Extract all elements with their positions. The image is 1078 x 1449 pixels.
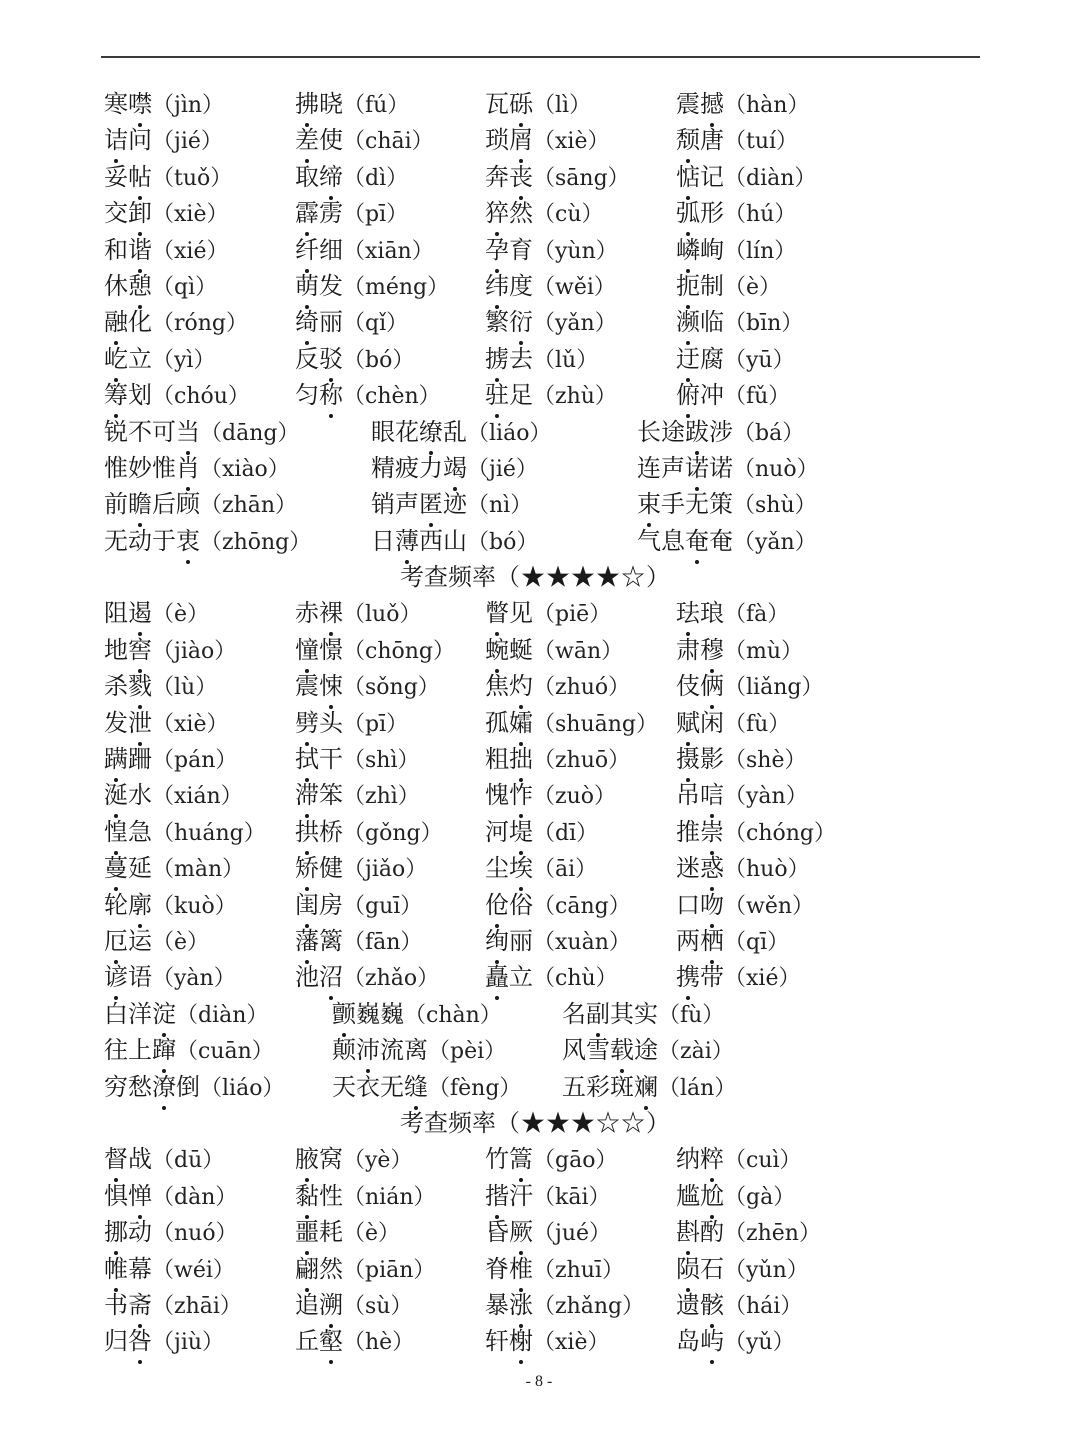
vocab-entry: 轮廓（kuò）: [104, 887, 237, 925]
vocab-word: 遗骸: [676, 1287, 724, 1323]
vocab-word: 名副其实: [562, 996, 658, 1032]
vocab-entry: 绮丽（qǐ）: [295, 304, 408, 342]
frequency-label: 考查频率: [400, 1109, 496, 1137]
vocab-entry: 眼花缭乱（liáo）: [371, 414, 551, 452]
vocab-row: 无动于衷（zhōng）日薄西山（bó）气息奄奄（yǎn）: [104, 523, 984, 559]
vocab-entry: 往上蹿（cuān）: [104, 1032, 274, 1070]
vocab-entry: 惟妙惟肖（xiào）: [104, 450, 290, 488]
vocab-entry: 粗拙（zhuō）: [485, 741, 630, 779]
vocab-entry: 霹雳（pī）: [295, 195, 408, 233]
vocab-word: 粗拙: [485, 741, 533, 777]
vocab-word: 萌发: [295, 268, 343, 304]
vocab-word: 屹立: [104, 341, 152, 377]
vocab-word: 驻足: [485, 377, 533, 413]
vocab-entry: 蔓延（màn）: [104, 850, 244, 888]
pinyin: （chù）: [533, 966, 618, 991]
pinyin: （wěn）: [724, 894, 814, 919]
vocab-entry: 赋闲（fù）: [676, 705, 790, 743]
pinyin: （xiào）: [200, 457, 290, 482]
vocab-entry: 赤裸（luǒ）: [295, 595, 421, 633]
vocab-row: 帷幕（wéi）翩然（piān）脊椎（zhuī）陨石（yǔn）: [104, 1251, 984, 1287]
vocab-entry: 口吻（wěn）: [676, 887, 814, 925]
vocab-entry: 绚丽（xuàn）: [485, 923, 631, 961]
vocab-word: 濒临: [676, 304, 724, 340]
vocab-entry: 风雪载途（zài）: [562, 1032, 734, 1070]
vocab-entry: 丘壑（hè）: [295, 1323, 414, 1361]
vocab-entry: 阻遏（è）: [104, 595, 209, 633]
pinyin: （zhuó）: [533, 675, 630, 700]
vocab-entry: 取缔（dì）: [295, 159, 408, 197]
vocab-entry: 竹篙（gāo）: [485, 1141, 617, 1179]
pinyin: （nuò）: [733, 457, 819, 482]
pinyin: （yǎn）: [733, 530, 817, 555]
vocab-row: 诘问（jié）差使（chāi）琐屑（xiè）颓唐（tuí）: [104, 122, 984, 158]
pinyin: （pī）: [343, 712, 408, 737]
pinyin: （dū）: [152, 1148, 224, 1173]
vocab-entry: 孕育（yùn）: [485, 232, 618, 270]
frequency-label: 考查频率: [400, 563, 496, 591]
pinyin: （tuǒ）: [152, 166, 232, 191]
vocab-word: 归咎: [104, 1323, 152, 1359]
vocab-entry: 扼制（è）: [676, 268, 781, 306]
vocab-entry: 差使（chāi）: [295, 122, 434, 160]
vocab-entry: 厄运（è）: [104, 923, 209, 961]
vocab-entry: 发泄（xiè）: [104, 705, 228, 743]
pinyin: （liǎng）: [724, 675, 823, 700]
pinyin: （lán）: [658, 1076, 736, 1101]
vocab-entry: 翩然（piān）: [295, 1251, 435, 1289]
vocab-entry: 黏性（nián）: [295, 1178, 436, 1216]
vocab-entry: 尘埃（āi）: [485, 850, 597, 888]
vocab-word: 伎俩: [676, 668, 724, 704]
vocab-word: 池沼: [295, 959, 343, 995]
vocab-word: 俯冲: [676, 377, 724, 413]
vocab-entry: 劈头（pī）: [295, 705, 408, 743]
vocab-row: 督战（dū）腋窝（yè）竹篙（gāo）纳粹（cuì）: [104, 1141, 984, 1177]
pinyin: （è）: [152, 602, 209, 627]
vocab-entry: 屹立（yì）: [104, 341, 215, 379]
vocab-word: 颤巍巍: [332, 996, 404, 1032]
vocab-entry: 气息奄奄（yǎn）: [637, 523, 817, 561]
pinyin: （xiè）: [152, 712, 228, 737]
pinyin: （méng）: [343, 275, 449, 300]
vocab-word: 推崇: [676, 814, 724, 850]
vocab-word: 书斋: [104, 1287, 152, 1323]
vocab-word: 督战: [104, 1141, 152, 1177]
vocab-entry: 五彩斑斓（lán）: [562, 1069, 736, 1107]
pinyin: （qì）: [152, 275, 217, 300]
vocab-word: 寒噤: [104, 86, 152, 122]
vocab-word: 昏厥: [485, 1214, 533, 1250]
vocab-entry: 督战（dū）: [104, 1141, 224, 1179]
vocab-entry: 拂晓（fú）: [295, 86, 409, 124]
vocab-entry: 暴涨（zhǎng）: [485, 1287, 644, 1325]
vocab-word: 气息奄奄: [637, 523, 733, 559]
pinyin: （pèi）: [428, 1039, 506, 1064]
vocab-entry: 迂腐（yū）: [676, 341, 795, 379]
pinyin: （cuān）: [176, 1039, 274, 1064]
vocab-entry: 锐不可当（dāng）: [104, 414, 299, 452]
vocab-entry: 震悚（sǒng）: [295, 668, 440, 706]
vocab-word: 和谐: [104, 232, 152, 268]
pinyin: （yǔ）: [724, 1330, 795, 1355]
vocab-word: 伧俗: [485, 887, 533, 923]
vocab-word: 吊唁: [676, 777, 724, 813]
pinyin: （lì）: [533, 93, 591, 118]
vocab-entry: 惧惮（dàn）: [104, 1178, 237, 1216]
vocab-entry: 瞥见（piē）: [485, 595, 611, 633]
vocab-entry: 伧俗（cāng）: [485, 887, 631, 925]
vocab-entry: 白洋淀（diàn）: [104, 996, 268, 1034]
pinyin: （chāi）: [343, 129, 434, 154]
pinyin: （guī）: [343, 894, 422, 919]
vocab-word: 厄运: [104, 923, 152, 959]
vocab-row: 穷愁潦倒（liáo）天衣无缝（fèng）五彩斑斓（lán）: [104, 1069, 984, 1105]
pinyin: （zhuō）: [533, 748, 630, 773]
vocab-list: 寒噤（jìn）拂晓（fú）瓦砾（lì）震撼（hàn）诘问（jié）差使（chāi…: [104, 86, 984, 1360]
vocab-word: 拂晓: [295, 86, 343, 122]
vocab-word: 尴尬: [676, 1178, 724, 1214]
pinyin: （jué）: [533, 1221, 611, 1246]
vocab-entry: 摄影（shè）: [676, 741, 806, 779]
vocab-entry: 掳去（lǔ）: [485, 341, 598, 379]
vocab-word: 河堤: [485, 814, 533, 850]
vocab-row: 休憩（qì）萌发（méng）纬度（wěi）扼制（è）: [104, 268, 984, 304]
vocab-row: 白洋淀（diàn）颤巍巍（chàn）名副其实（fù）: [104, 996, 984, 1032]
vocab-word: 惟妙惟肖: [104, 450, 200, 486]
vocab-word: 帷幕: [104, 1251, 152, 1287]
vocab-entry: 纳粹（cuì）: [676, 1141, 802, 1179]
vocab-word: 陨石: [676, 1251, 724, 1287]
vocab-word: 繁衍: [485, 304, 533, 340]
vocab-row: 惧惮（dàn）黏性（nián）揩汗（kāi）尴尬（gà）: [104, 1178, 984, 1214]
vocab-word: 绮丽: [295, 304, 343, 340]
pinyin: （è）: [724, 275, 781, 300]
pinyin: （cuì）: [724, 1148, 802, 1173]
pinyin: （è）: [343, 1221, 400, 1246]
vocab-entry: 归咎（jiù）: [104, 1323, 224, 1361]
frequency-heading: 考查频率（★★★★☆）: [104, 559, 984, 595]
vocab-entry: 推崇（chóng）: [676, 814, 836, 852]
vocab-word: 风雪载途: [562, 1032, 658, 1068]
vocab-entry: 噩耗（è）: [295, 1214, 400, 1252]
frequency-heading: 考查频率（★★★☆☆）: [104, 1105, 984, 1141]
vocab-entry: 矗立（chù）: [485, 959, 618, 997]
pinyin: （xié）: [724, 966, 800, 991]
pinyin: （hè）: [343, 1330, 414, 1355]
vocab-word: 矫健: [295, 850, 343, 886]
vocab-word: 闺房: [295, 887, 343, 923]
vocab-entry: 长途跋涉（bá）: [637, 414, 804, 452]
pinyin: （gāo）: [533, 1148, 617, 1173]
vocab-entry: 地窖（jiào）: [104, 632, 236, 670]
vocab-entry: 颤巍巍（chàn）: [332, 996, 502, 1034]
vocab-entry: 妥帖（tuǒ）: [104, 159, 232, 197]
vocab-word: 休憩: [104, 268, 152, 304]
vocab-word: 焦灼: [485, 668, 533, 704]
pinyin: （yǎn）: [533, 311, 617, 336]
vocab-row: 融化（róng）绮丽（qǐ）繁衍（yǎn）濒临（bīn）: [104, 304, 984, 340]
vocab-entry: 伎俩（liǎng）: [676, 668, 823, 706]
vocab-word: 日薄西山: [371, 523, 467, 559]
pinyin: （luǒ）: [343, 602, 421, 627]
vocab-entry: 濒临（bīn）: [676, 304, 803, 342]
pinyin: （dāng）: [200, 421, 299, 446]
vocab-word: 筹划: [104, 377, 152, 413]
vocab-entry: 轩榭（xiè）: [485, 1323, 609, 1361]
vocab-entry: 拭干（shì）: [295, 741, 420, 779]
pinyin: （qī）: [724, 930, 789, 955]
vocab-row: 轮廓（kuò）闺房（guī）伧俗（cāng）口吻（wěn）: [104, 887, 984, 923]
vocab-entry: 束手无策（shù）: [637, 486, 817, 524]
vocab-entry: 前瞻后顾（zhān）: [104, 486, 297, 524]
vocab-entry: 杀戮（lù）: [104, 668, 217, 706]
vocab-word: 迷惑: [676, 850, 724, 886]
vocab-row: 归咎（jiù）丘壑（hè）轩榭（xiè）岛屿（yǔ）: [104, 1323, 984, 1359]
pinyin: （nuó）: [152, 1221, 238, 1246]
pinyin: （zhì）: [343, 784, 420, 809]
pinyin: （zhēn）: [724, 1221, 821, 1246]
vocab-entry: 精疲力竭（jié）: [371, 450, 538, 488]
vocab-word: 蔓延: [104, 850, 152, 886]
vocab-word: 反驳: [295, 341, 343, 377]
vocab-word: 竹篙: [485, 1141, 533, 1177]
vocab-row: 发泄（xiè）劈头（pī）孤孀（shuāng）赋闲（fù）: [104, 705, 984, 741]
vocab-word: 地窖: [104, 632, 152, 668]
pinyin: （shù）: [733, 493, 817, 518]
pinyin: （xuàn）: [533, 930, 631, 955]
vocab-entry: 迷惑（huò）: [676, 850, 810, 888]
pinyin: （fù）: [724, 712, 790, 737]
vocab-row: 惟妙惟肖（xiào）精疲力竭（jié）连声诺诺（nuò）: [104, 450, 984, 486]
vocab-row: 涎水（xián）滞笨（zhì）愧怍（zuò）吊唁（yàn）: [104, 777, 984, 813]
vocab-row: 厄运（è）藩篱（fān）绚丽（xuàn）两栖（qī）: [104, 923, 984, 959]
pinyin: （yè）: [343, 1148, 412, 1173]
vocab-entry: 寒噤（jìn）: [104, 86, 224, 124]
pinyin: （pī）: [343, 202, 408, 227]
vocab-word: 轮廓: [104, 887, 152, 923]
vocab-word: 差使: [295, 122, 343, 158]
vocab-word: 憧憬: [295, 632, 343, 668]
pinyin: （qǐ）: [343, 311, 408, 336]
vocab-word: 阻遏: [104, 595, 152, 631]
vocab-entry: 池沼（zhǎo）: [295, 959, 439, 997]
vocab-entry: 日薄西山（bó）: [371, 523, 538, 561]
vocab-word: 发泄: [104, 705, 152, 741]
vocab-entry: 震撼（hàn）: [676, 86, 809, 124]
pinyin: （liáo）: [200, 1076, 284, 1101]
vocab-row: 蹒跚（pán）拭干（shì）粗拙（zhuō）摄影（shè）: [104, 741, 984, 777]
vocab-word: 惦记: [676, 159, 724, 195]
vocab-entry: 斟酌（zhēn）: [676, 1214, 821, 1252]
vocab-word: 长途跋涉: [637, 414, 733, 450]
vocab-entry: 河堤（dī）: [485, 814, 598, 852]
vocab-word: 锐不可当: [104, 414, 200, 450]
pinyin: （shì）: [343, 748, 420, 773]
pinyin: （zhǎo）: [343, 966, 439, 991]
star-rating-icon: （★★★☆☆）: [496, 1109, 671, 1137]
vocab-entry: 融化（róng）: [104, 304, 248, 342]
pinyin: （lù）: [152, 675, 217, 700]
pinyin: （xiān）: [343, 239, 434, 264]
pinyin: （bá）: [733, 421, 804, 446]
vocab-entry: 反驳（bó）: [295, 341, 414, 379]
vocab-entry: 繁衍（yǎn）: [485, 304, 617, 342]
vocab-word: 销声匿迹: [371, 486, 467, 522]
pinyin: （zhuī）: [533, 1258, 624, 1283]
vocab-word: 斟酌: [676, 1214, 724, 1250]
star-rating-icon: （★★★★☆）: [496, 563, 671, 591]
vocab-entry: 揩汗（kāi）: [485, 1178, 610, 1216]
vocab-word: 劈头: [295, 705, 343, 741]
pinyin: （jiào）: [152, 639, 236, 664]
pinyin: （chàn）: [404, 1003, 502, 1028]
vocab-entry: 驻足（zhù）: [485, 377, 617, 415]
vocab-word: 惶急: [104, 814, 152, 850]
vocab-word: 丘壑: [295, 1323, 343, 1359]
vocab-entry: 拱桥（gǒng）: [295, 814, 443, 852]
pinyin: （piē）: [533, 602, 611, 627]
vocab-word: 轩榭: [485, 1323, 533, 1359]
pinyin: （wān）: [533, 639, 623, 664]
vocab-entry: 书斋（zhāi）: [104, 1287, 242, 1325]
vocab-word: 藩篱: [295, 923, 343, 959]
header-rule: [101, 56, 980, 58]
vocab-word: 匀称: [295, 377, 343, 413]
vocab-entry: 萌发（méng）: [295, 268, 449, 306]
vocab-entry: 休憩（qì）: [104, 268, 217, 306]
vocab-row: 交卸（xiè）霹雳（pī）猝然（cù）弧形（hú）: [104, 195, 984, 231]
vocab-entry: 筹划（chóu）: [104, 377, 250, 415]
pinyin: （dì）: [343, 166, 408, 191]
vocab-word: 挪动: [104, 1214, 152, 1250]
pinyin: （bó）: [343, 348, 414, 373]
pinyin: （yàn）: [152, 966, 236, 991]
vocab-word: 往上蹿: [104, 1032, 176, 1068]
pinyin: （bīn）: [724, 311, 803, 336]
vocab-entry: 诘问（jié）: [104, 122, 223, 160]
pinyin: （xiè）: [533, 1330, 609, 1355]
vocab-entry: 瓦砾（lì）: [485, 86, 591, 124]
vocab-entry: 珐琅（fà）: [676, 595, 789, 633]
vocab-entry: 藩篱（fān）: [295, 923, 422, 961]
vocab-entry: 奔丧（sāng）: [485, 159, 630, 197]
pinyin: （yǔn）: [724, 1258, 809, 1283]
vocab-word: 黏性: [295, 1178, 343, 1214]
vocab-word: 取缔: [295, 159, 343, 195]
vocab-word: 妥帖: [104, 159, 152, 195]
pinyin: （diàn）: [724, 166, 816, 191]
vocab-word: 眼花缭乱: [371, 414, 467, 450]
vocab-word: 岛屿: [676, 1323, 724, 1359]
vocab-word: 孤孀: [485, 705, 533, 741]
pinyin: （zuò）: [533, 784, 616, 809]
vocab-row: 往上蹿（cuān）颠沛流离（pèi）风雪载途（zài）: [104, 1032, 984, 1068]
vocab-word: 瞥见: [485, 595, 533, 631]
vocab-entry: 岛屿（yǔ）: [676, 1323, 795, 1361]
vocab-entry: 谚语（yàn）: [104, 959, 236, 997]
vocab-word: 追溯: [295, 1287, 343, 1323]
vocab-row: 书斋（zhāi）追溯（sù）暴涨（zhǎng）遗骸（hái）: [104, 1287, 984, 1323]
vocab-entry: 昏厥（jué）: [485, 1214, 611, 1252]
vocab-word: 纳粹: [676, 1141, 724, 1177]
vocab-row: 谚语（yàn）池沼（zhǎo）矗立（chù）携带（xié）: [104, 959, 984, 995]
vocab-entry: 尴尬（gà）: [676, 1178, 795, 1216]
pinyin: （chóng）: [724, 821, 836, 846]
vocab-word: 绚丽: [485, 923, 533, 959]
pinyin: （sù）: [343, 1294, 412, 1319]
pinyin: （yùn）: [533, 239, 618, 264]
vocab-entry: 惶急（huáng）: [104, 814, 266, 852]
vocab-word: 滞笨: [295, 777, 343, 813]
vocab-entry: 连声诺诺（nuò）: [637, 450, 819, 488]
vocab-word: 珐琅: [676, 595, 724, 631]
vocab-word: 携带: [676, 959, 724, 995]
vocab-word: 无动于衷: [104, 523, 200, 559]
vocab-word: 肃穆: [676, 632, 724, 668]
vocab-word: 噩耗: [295, 1214, 343, 1250]
pinyin: （lǔ）: [533, 348, 598, 373]
vocab-entry: 无动于衷（zhōng）: [104, 523, 311, 561]
vocab-entry: 名副其实（fù）: [562, 996, 724, 1034]
pinyin: （dī）: [533, 821, 598, 846]
pinyin: （huáng）: [152, 821, 266, 846]
vocab-entry: 涎水（xián）: [104, 777, 243, 815]
pinyin: （chèn）: [343, 384, 441, 409]
vocab-word: 腋窝: [295, 1141, 343, 1177]
pinyin: （shuāng）: [533, 712, 658, 737]
vocab-row: 妥帖（tuǒ）取缔（dì）奔丧（sāng）惦记（diàn）: [104, 159, 984, 195]
vocab-word: 束手无策: [637, 486, 733, 522]
vocab-word: 摄影: [676, 741, 724, 777]
pinyin: （màn）: [152, 857, 244, 882]
vocab-entry: 陨石（yǔn）: [676, 1251, 809, 1289]
pinyin: （fú）: [343, 93, 409, 118]
pinyin: （jiù）: [152, 1330, 224, 1355]
vocab-word: 迂腐: [676, 341, 724, 377]
vocab-entry: 孤孀（shuāng）: [485, 705, 658, 743]
vocab-word: 杀戮: [104, 668, 152, 704]
vocab-word: 蜿蜒: [485, 632, 533, 668]
vocab-entry: 蹒跚（pán）: [104, 741, 237, 779]
vocab-row: 筹划（chóu）匀称（chèn）驻足（zhù）俯冲（fǔ）: [104, 377, 984, 413]
vocab-row: 杀戮（lù）震悚（sǒng）焦灼（zhuó）伎俩（liǎng）: [104, 668, 984, 704]
vocab-word: 天衣无缝: [332, 1069, 428, 1105]
vocab-entry: 脊椎（zhuī）: [485, 1251, 624, 1289]
vocab-row: 阻遏（è）赤裸（luǒ）瞥见（piē）珐琅（fà）: [104, 595, 984, 631]
pinyin: （mù）: [724, 639, 803, 664]
vocab-word: 纬度: [485, 268, 533, 304]
pinyin: （hàn）: [724, 93, 809, 118]
pinyin: （xié）: [152, 239, 228, 264]
vocab-word: 前瞻后顾: [104, 486, 200, 522]
pinyin: （nì）: [467, 493, 532, 518]
pinyin: （kāi）: [533, 1185, 610, 1210]
vocab-row: 寒噤（jìn）拂晓（fú）瓦砾（lì）震撼（hàn）: [104, 86, 984, 122]
pinyin: （kuò）: [152, 894, 237, 919]
vocab-word: 矗立: [485, 959, 533, 995]
vocab-entry: 颓唐（tuí）: [676, 122, 798, 160]
vocab-word: 两栖: [676, 923, 724, 959]
pinyin: （fān）: [343, 930, 422, 955]
pinyin: （xiè）: [152, 202, 228, 227]
vocab-entry: 憧憬（chōng）: [295, 632, 455, 670]
vocab-entry: 琐屑（xiè）: [485, 122, 609, 160]
vocab-entry: 矫健（jiǎo）: [295, 850, 427, 888]
vocab-word: 弧形: [676, 195, 724, 231]
vocab-word: 霹雳: [295, 195, 343, 231]
pinyin: （zhān）: [200, 493, 297, 518]
